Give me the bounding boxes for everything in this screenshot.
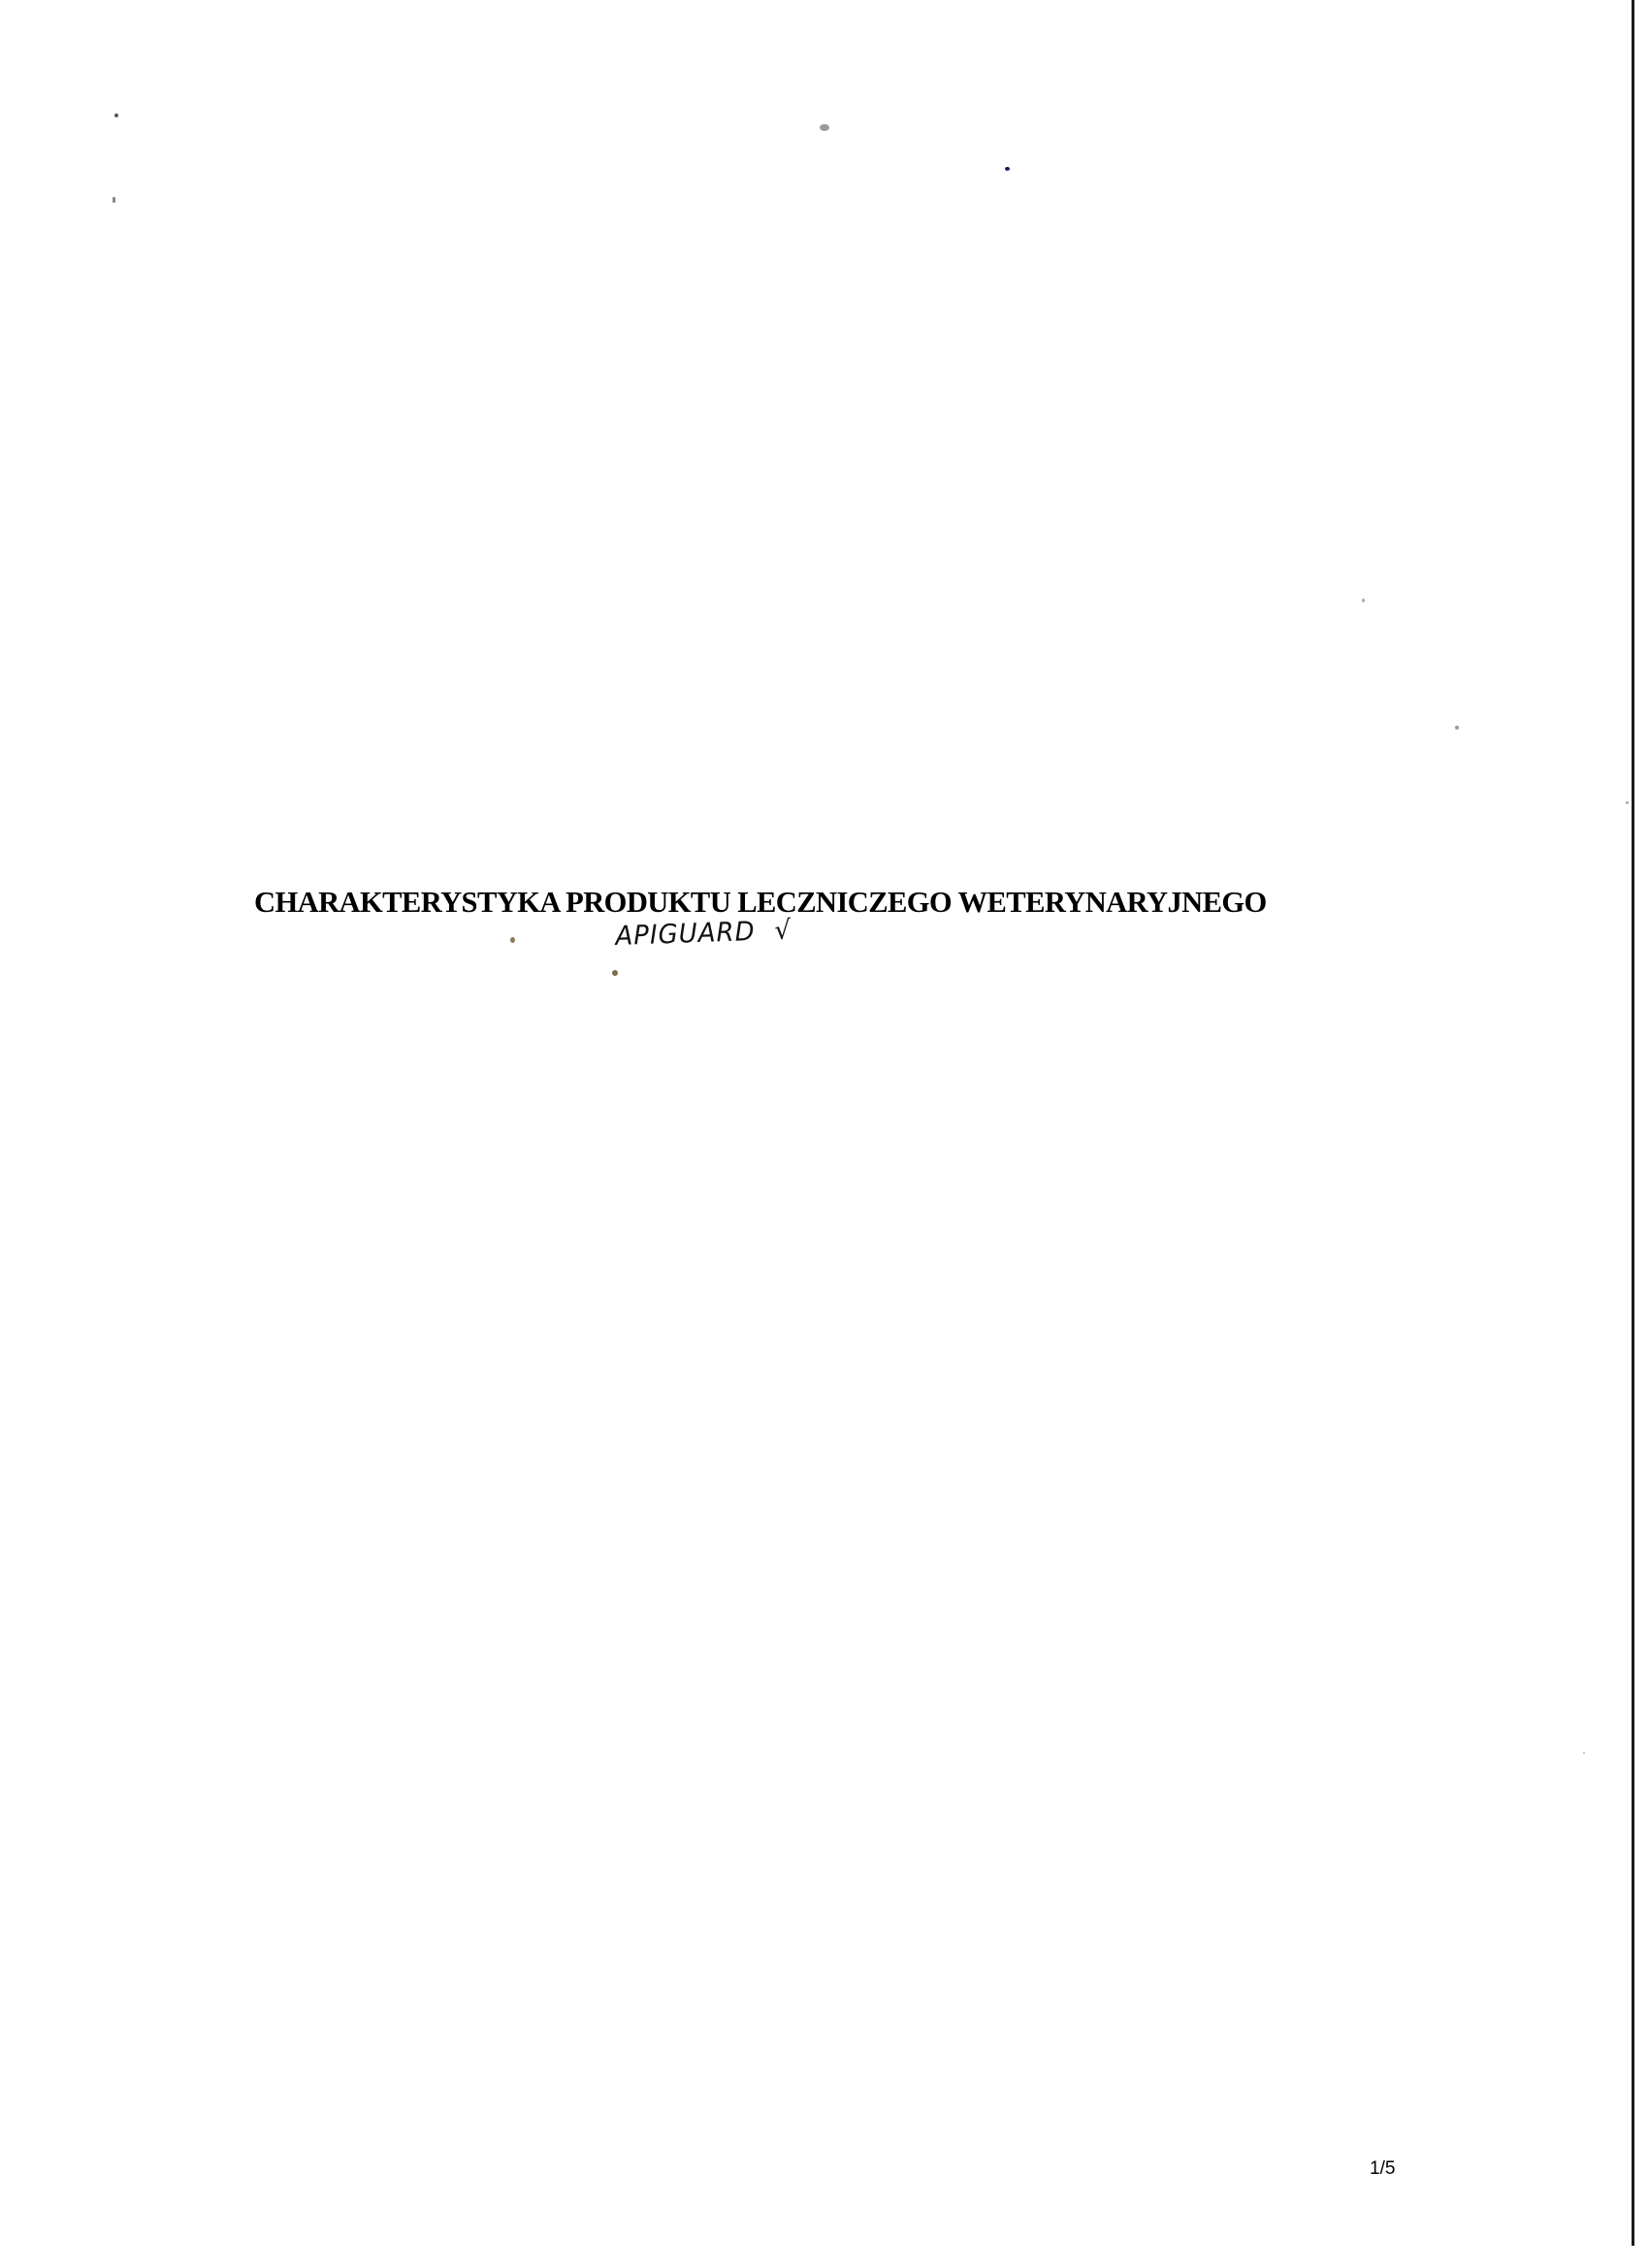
scan-speck [1583, 1752, 1585, 1754]
scan-speck [114, 113, 118, 117]
scan-border-line [1632, 0, 1634, 2246]
document-page: CHARAKTERYSTYKA PRODUKTU LECZNICZEGO WET… [0, 0, 1649, 2268]
scan-speck [1455, 726, 1459, 729]
scan-speck [1626, 801, 1629, 804]
scan-speck [1362, 599, 1365, 602]
document-title: CHARAKTERYSTYKA PRODUKTU LECZNICZEGO WET… [254, 887, 1306, 917]
handwritten-annotation: APIGUARD√ [615, 918, 792, 951]
scan-speck [820, 124, 829, 131]
checkmark-icon: √ [774, 916, 792, 947]
scan-speck [113, 197, 115, 203]
scan-speck [1005, 167, 1010, 171]
page-number: 1/5 [1370, 2159, 1395, 2178]
scan-speck [612, 970, 618, 976]
scan-speck [510, 937, 515, 943]
handwritten-product-name: APIGUARD [615, 917, 756, 953]
